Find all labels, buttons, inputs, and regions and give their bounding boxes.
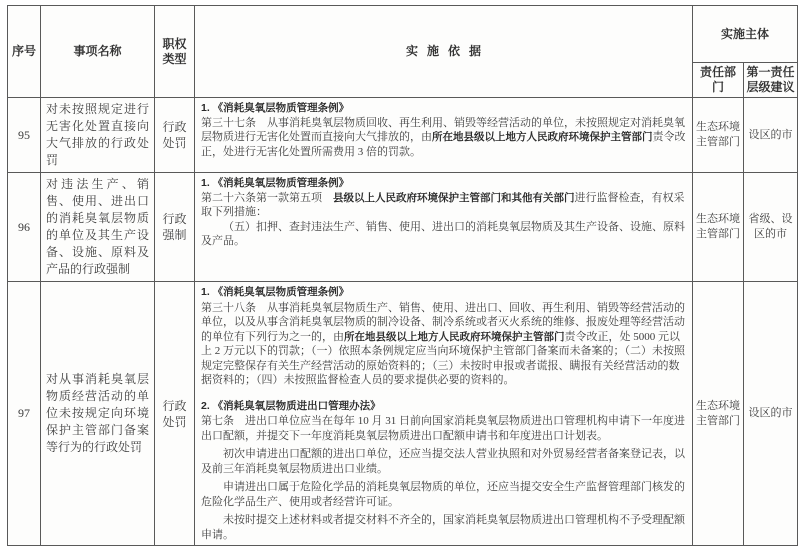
basis-text-bold: 所在地县级以上地方人民政府环境保护主管部门	[344, 331, 565, 343]
table-row: 96对违法生产、销售、使用、进出口的消耗臭氧层物质的单位及其生产设备、设施、原料…	[8, 173, 798, 282]
basis-paragraph: 第七条 进出口单位应当在每年 10 月 31 日前向国家消耗臭氧层物质进出口管理…	[201, 414, 687, 443]
col-header-item-name: 事项名称	[41, 6, 155, 98]
basis-paragraph: 第三十八条 从事消耗臭氧层物质生产、销售、使用、进出口、回收、再生利用、销毁等经…	[201, 301, 687, 388]
row-item-name: 对从事消耗臭氧层物质经营活动的单位未按规定向环境保护主管部门备案等行为的行政处罚	[41, 282, 155, 445]
row-implementation-basis: 1. 《消耗臭氧层物质管理条例》第三十七条 从事消耗臭氧层物质回收、再生利用、销…	[195, 98, 693, 173]
col-header-level: 第一责任层级建议	[744, 63, 798, 98]
col-header-basis: 实施依据	[195, 6, 693, 98]
document-sheet: 序号 事项名称 职权类型 实施依据 实施主体 责任部门 第一责任层级建议 95对…	[7, 5, 797, 444]
row-responsibility-level: 省级、设区的市	[744, 173, 798, 282]
table-header: 序号 事项名称 职权类型 实施依据 实施主体 责任部门 第一责任层级建议	[8, 6, 798, 98]
authority-items-table: 序号 事项名称 职权类型 实施依据 实施主体 责任部门 第一责任层级建议 95对…	[7, 5, 798, 444]
basis-paragraph: （五）扣押、查封违法生产、销售、使用、进出口的消耗臭氧层物质及其生产设备、设施、…	[201, 220, 687, 249]
row-authority-type: 行政处罚	[155, 282, 195, 445]
row-authority-type: 行政处罚	[155, 98, 195, 173]
col-header-authority-type: 职权类型	[155, 6, 195, 98]
row-responsible-department: 生态环境主管部门	[693, 282, 744, 445]
table-body: 95对未按照规定进行无害化处置直接向大气排放的行政处罚行政处罚1. 《消耗臭氧层…	[8, 98, 798, 445]
basis-text: 第七条 进出口单位应当在每年 10 月 31 日前向国家消耗臭氧层物质进出口管理…	[201, 415, 685, 442]
row-authority-type: 行政强制	[155, 173, 195, 282]
basis-paragraph: 第三十七条 从事消耗臭氧层物质回收、再生利用、销毁等经营活动的单位，未按照规定对…	[201, 116, 687, 160]
table-row: 95对未按照规定进行无害化处置直接向大气排放的行政处罚行政处罚1. 《消耗臭氧层…	[8, 98, 798, 173]
row-responsible-department: 生态环境主管部门	[693, 173, 744, 282]
basis-paragraph: 2. 《消耗臭氧层物质进出口管理办法》	[201, 399, 687, 414]
basis-text-bold: 1. 《消耗臭氧层物质管理条例》	[201, 286, 349, 298]
row-item-name: 对违法生产、销售、使用、进出口的消耗臭氧层物质的单位及其生产设备、设施、原料及产…	[41, 173, 155, 282]
row-item-name: 对未按照规定进行无害化处置直接向大气排放的行政处罚	[41, 98, 155, 173]
row-responsibility-level: 设区的市	[744, 98, 798, 173]
row-serial-number: 95	[8, 98, 41, 173]
basis-text-bold: 县级以上人民政府环境保护主管部门和其他有关部门	[333, 192, 575, 204]
row-serial-number: 96	[8, 173, 41, 282]
basis-paragraph: 第二十六条第一款第五项 县级以上人民政府环境保护主管部门和其他有关部门进行监督检…	[201, 191, 687, 220]
basis-text-bold: 2. 《消耗臭氧层物质进出口管理办法》	[201, 400, 381, 412]
basis-paragraph: 1. 《消耗臭氧层物质管理条例》	[201, 285, 687, 300]
basis-text-bold: 所在地县级以上地方人民政府环境保护主管部门	[432, 131, 653, 143]
col-header-subject: 实施主体	[693, 6, 798, 63]
basis-paragraph: 1. 《消耗臭氧层物质管理条例》	[201, 101, 687, 116]
basis-text: （五）扣押、查封违法生产、销售、使用、进出口的消耗臭氧层物质及其生产设备、设施、…	[201, 221, 685, 248]
row-serial-number: 97	[8, 282, 41, 445]
basis-text-bold: 1. 《消耗臭氧层物质管理条例》	[201, 177, 349, 189]
basis-paragraph: 1. 《消耗臭氧层物质管理条例》	[201, 176, 687, 191]
basis-text: 第二十六条第一款第五项	[201, 192, 333, 204]
table-row: 97对从事消耗臭氧层物质经营活动的单位未按规定向环境保护主管部门备案等行为的行政…	[8, 282, 798, 445]
row-responsible-department: 生态环境主管部门	[693, 98, 744, 173]
row-responsibility-level: 设区的市	[744, 282, 798, 445]
col-header-dept: 责任部门	[693, 63, 744, 98]
row-implementation-basis: 1. 《消耗臭氧层物质管理条例》第二十六条第一款第五项 县级以上人民政府环境保护…	[195, 173, 693, 282]
row-implementation-basis: 1. 《消耗臭氧层物质管理条例》第三十八条 从事消耗臭氧层物质生产、销售、使用、…	[195, 282, 693, 445]
basis-text-bold: 1. 《消耗臭氧层物质管理条例》	[201, 102, 349, 114]
col-header-serial: 序号	[8, 6, 41, 98]
